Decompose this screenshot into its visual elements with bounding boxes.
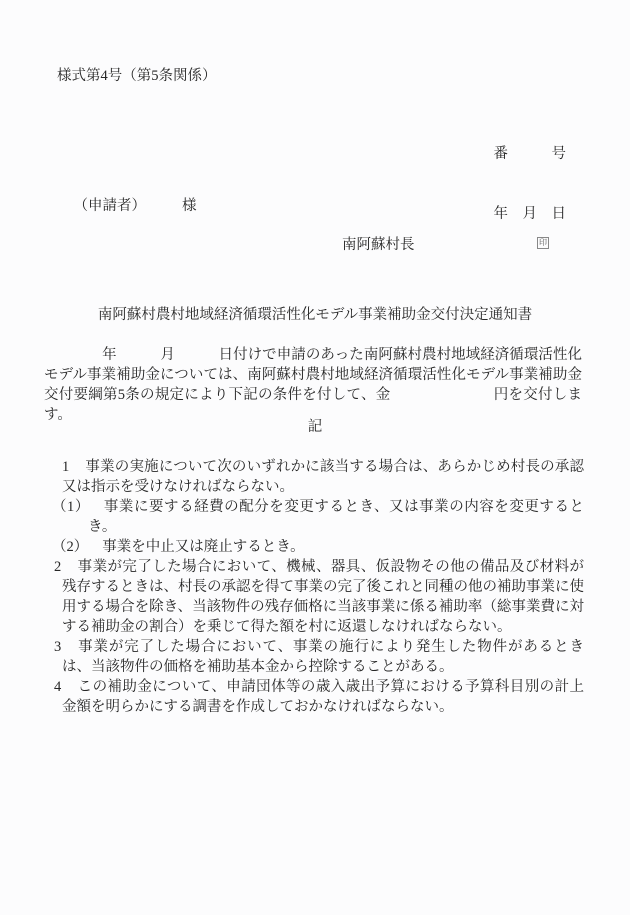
condition-text: 事業が完了した場合において、事業の施行により発生した物件があるときは、当該物件の… (62, 639, 584, 675)
condition-number: （1） (52, 499, 90, 515)
seal-label: 印 (539, 239, 547, 247)
body-paragraph: 年 月 日付けで申請のあった南阿蘇村農村地域経済循環活性化モデル事業補助金につい… (44, 345, 582, 425)
recipient-honorific: 様 (182, 198, 197, 214)
condition-subitem-1-1: （1）事業に要する経費の配分を変更するとき、又は事業の内容を変更するとき。 (52, 497, 584, 537)
condition-item-3: 3事業が完了した場合において、事業の施行により発生した物件があるときは、当該物件… (54, 637, 584, 677)
doc-date-line: 年 月 日 (494, 204, 567, 224)
condition-item-1: 1事業の実施について次のいずれかに該当する場合は、あらかじめ村長の承認又は指示を… (62, 457, 584, 497)
condition-text: 事業が完了した場合において、機械、器具、仮設物その他の備品及び材料が残存するとき… (62, 559, 584, 635)
sender-title: 南阿蘇村長 (342, 235, 415, 255)
document-title: 南阿蘇村農村地域経済循環活性化モデル事業補助金交付決定通知書 (0, 305, 630, 325)
condition-item-2: 2事業が完了した場合において、機械、器具、仮設物その他の備品及び材料が残存すると… (54, 557, 584, 637)
condition-number: 3 (54, 639, 61, 655)
conditions-list: 1事業の実施について次のいずれかに該当する場合は、あらかじめ村長の承認又は指示を… (44, 457, 584, 717)
condition-number: 2 (54, 559, 61, 575)
form-number: 様式第4号（第5条関係） (57, 66, 217, 86)
recipient-placeholder: （申請者） (74, 198, 147, 214)
condition-text: 事業の実施について次のいずれかに該当する場合は、あらかじめ村長の承認又は指示を受… (62, 459, 584, 495)
doc-number-line: 番 号 (494, 144, 567, 164)
seal-icon: 印 (537, 237, 549, 249)
condition-text: 事業に要する経費の配分を変更するとき、又は事業の内容を変更するとき。 (88, 499, 584, 535)
sender-line: 南阿蘇村長 印 (0, 235, 630, 255)
condition-text: 事業を中止又は廃止するとき。 (102, 539, 304, 555)
condition-number: （2） (52, 539, 88, 555)
condition-number: 1 (62, 459, 69, 475)
condition-subitem-1-2: （2）事業を中止又は廃止するとき。 (52, 537, 584, 557)
document-page: 様式第4号（第5条関係） 番 号 年 月 日 （申請者）様 南阿蘇村長 印 南阿… (0, 0, 630, 915)
condition-number: 4 (54, 679, 61, 695)
condition-text: この補助金について、申請団体等の歳入歳出予算における予算科目別の計上金額を明らか… (62, 679, 584, 715)
recipient-line: （申請者）様 (59, 176, 197, 236)
condition-item-4: 4この補助金について、申請団体等の歳入歳出予算における予算科目別の計上金額を明ら… (54, 677, 584, 717)
note-heading: 記 (0, 417, 630, 437)
